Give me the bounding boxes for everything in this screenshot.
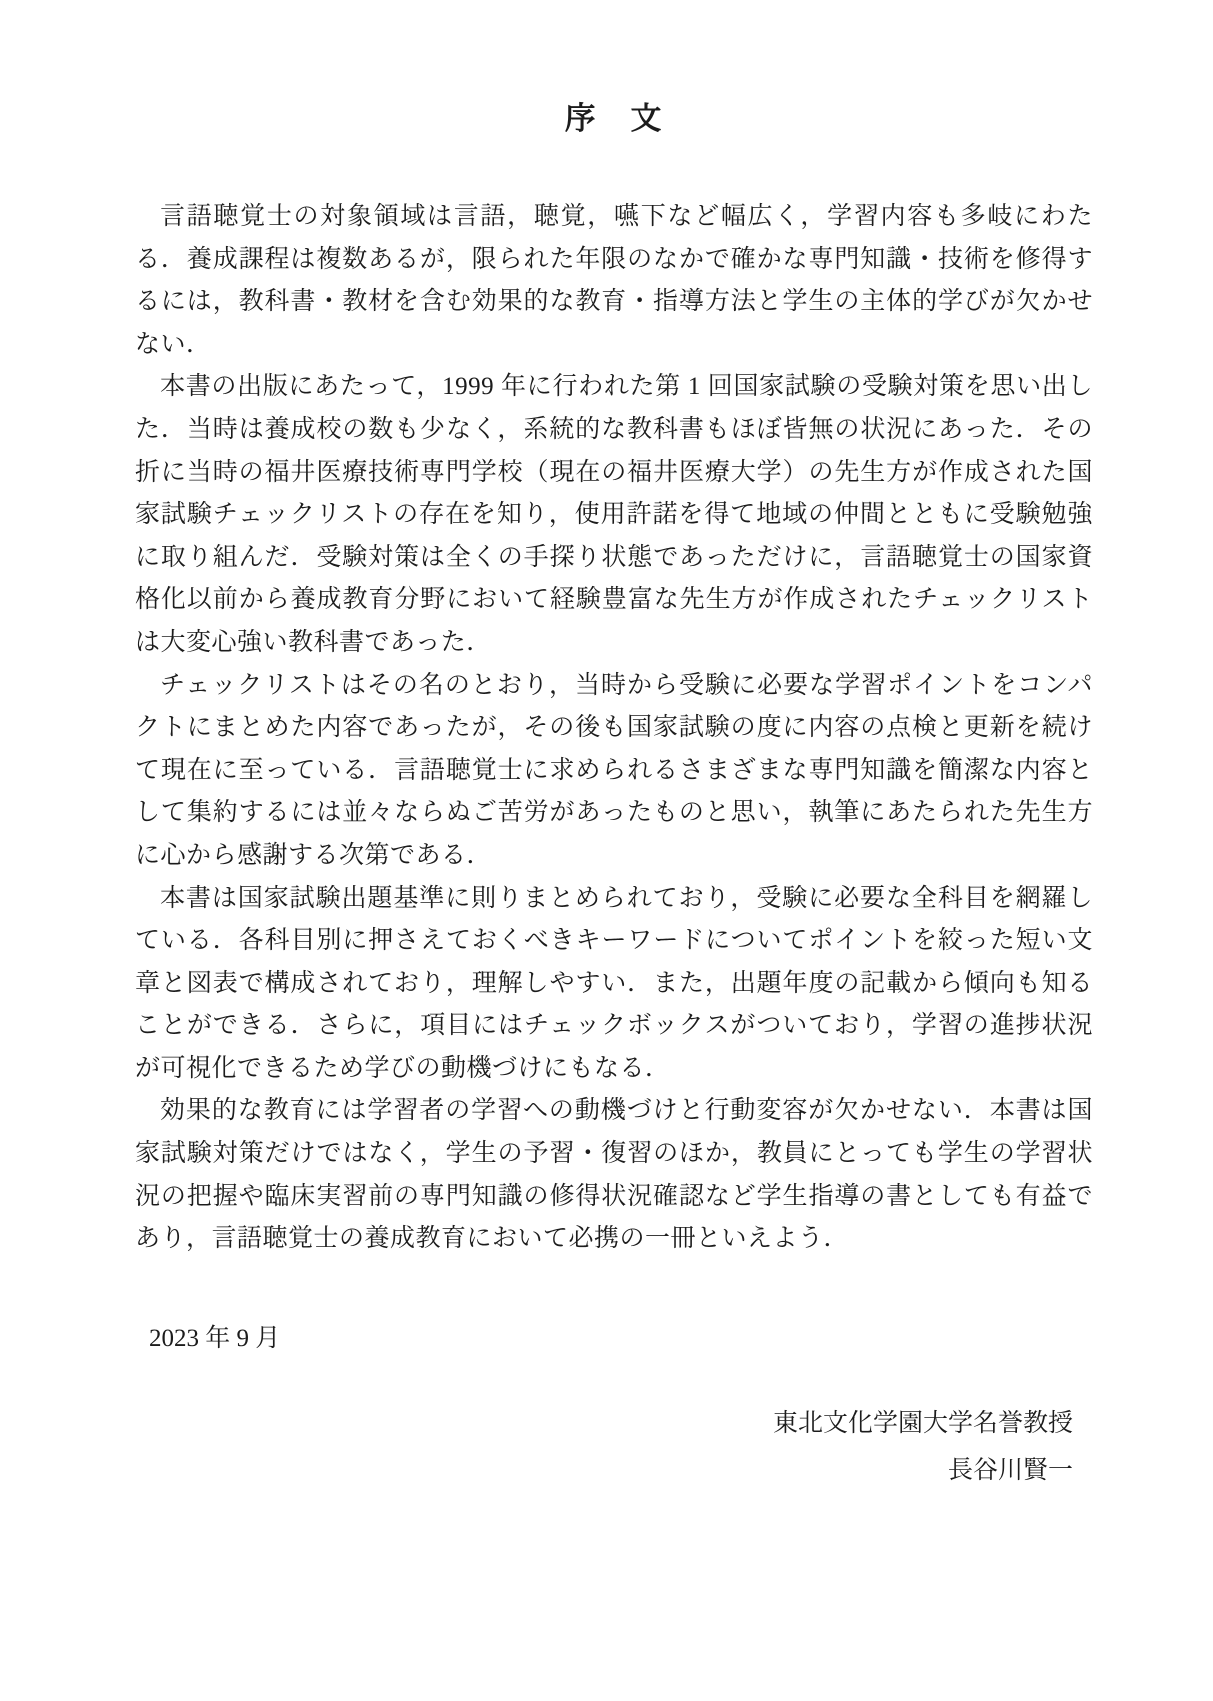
page-content: 序 文 言語聴覚士の対象領域は言語，聴覚，嚥下など幅広く，学習内容も多岐にわたる… [0, 0, 1213, 1494]
document-page: 序 文 言語聴覚士の対象領域は言語，聴覚，嚥下など幅広く，学習内容も多岐にわたる… [0, 0, 1213, 1701]
page-title: 序 文 [135, 103, 1093, 134]
signature-block: 東北文化学園大学名誉教授 長谷川賢一 [135, 1400, 1093, 1494]
paragraph: 本書の出版にあたって，1999 年に行われた第 1 回国家試験の受験対策を思い出… [135, 366, 1093, 664]
date-text: 2023 年 9 月 [135, 1318, 1093, 1361]
paragraph: 言語聴覚士の対象領域は言語，聴覚，嚥下など幅広く，学習内容も多岐にわたる．養成課… [135, 196, 1093, 366]
paragraph: 効果的な教育には学習者の学習への動機づけと行動変容が欠かせない．本書は国家試験対… [135, 1090, 1093, 1260]
paragraph: チェックリストはその名のとおり，当時から受験に必要な学習ポイントをコンパクトにま… [135, 665, 1093, 878]
signature-author: 長谷川賢一 [135, 1447, 1073, 1494]
preface-body: 言語聴覚士の対象領域は言語，聴覚，嚥下など幅広く，学習内容も多岐にわたる．養成課… [135, 196, 1093, 1261]
paragraph: 本書は国家試験出題基準に則りまとめられており，受験に必要な全科目を網羅している．… [135, 878, 1093, 1091]
signature-affiliation: 東北文化学園大学名誉教授 [135, 1400, 1073, 1447]
